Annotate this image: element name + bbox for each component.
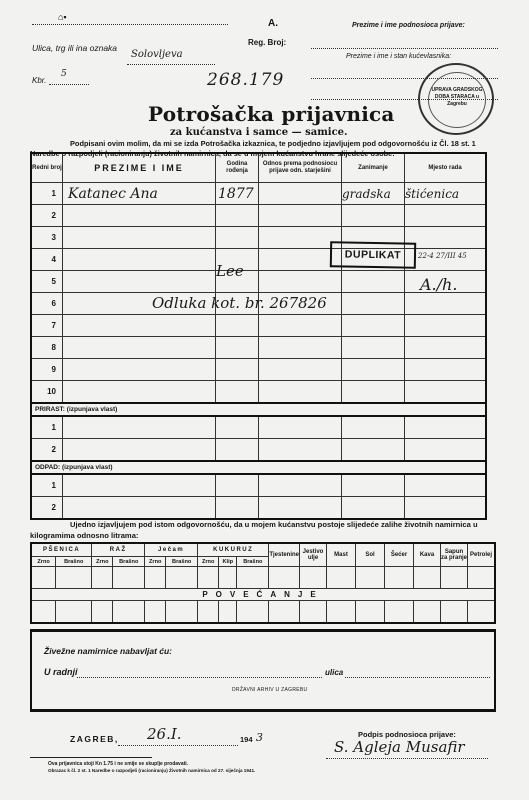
workplace-value: štićenica xyxy=(405,187,459,201)
workplace-cell[interactable] xyxy=(405,293,487,315)
supply-cell[interactable] xyxy=(198,567,219,589)
top-line xyxy=(32,23,228,25)
name-cell[interactable] xyxy=(63,227,216,249)
occupation-cell[interactable] xyxy=(342,474,405,497)
supply-cell[interactable] xyxy=(219,567,237,589)
supply-cell[interactable] xyxy=(56,567,92,589)
reg-broj-value[interactable]: 268.179 xyxy=(207,70,284,90)
city-label: ZAGREB, xyxy=(70,734,119,744)
workplace-cell[interactable] xyxy=(405,359,487,381)
supplies-intro: Ujedno izjavljujem pod istom odgovornošć… xyxy=(30,519,500,541)
year-cell[interactable] xyxy=(216,497,259,520)
name-value: Katanec Ana xyxy=(63,186,158,202)
supply-cell[interactable] xyxy=(237,567,269,589)
supplies-group-row: PŠENICA RAŽ Ječam KUKURUZ Tjestenine Jes… xyxy=(31,543,495,557)
supply-cell[interactable] xyxy=(31,601,56,624)
prirast-section: PRIRAST: (izpunjava vlast) xyxy=(31,403,486,416)
table-row: 3 xyxy=(31,227,486,249)
relation-cell[interactable] xyxy=(259,337,342,359)
relation-cell[interactable] xyxy=(259,439,342,462)
workplace-cell[interactable] xyxy=(405,381,487,404)
col-mjesto-rada: Mjesto rada xyxy=(405,153,487,183)
supplies-table: PŠENICA RAŽ Ječam KUKURUZ Tjestenine Jes… xyxy=(30,542,496,624)
name-cell[interactable] xyxy=(63,497,216,520)
col-jestivo-ulje: Jestivo ulje xyxy=(300,543,327,567)
table-row: 8 xyxy=(31,337,486,359)
supply-cell[interactable] xyxy=(300,601,327,624)
kbr-field[interactable]: 5 xyxy=(49,72,89,85)
supply-cell[interactable] xyxy=(166,601,198,624)
table-row: 9 xyxy=(31,359,486,381)
relation-cell[interactable] xyxy=(259,183,342,205)
workplace-cell[interactable] xyxy=(405,474,487,497)
workplace-cell[interactable] xyxy=(405,416,487,439)
occupation-cell[interactable] xyxy=(342,271,405,293)
supply-cell[interactable] xyxy=(441,601,468,624)
supply-cell[interactable] xyxy=(219,601,237,624)
group-psenica: PŠENICA xyxy=(31,543,92,557)
name-cell[interactable] xyxy=(63,439,216,462)
shop-field[interactable] xyxy=(77,676,322,678)
supply-cell[interactable] xyxy=(385,601,414,624)
prirast-row: 2 xyxy=(31,439,486,462)
date-field[interactable] xyxy=(118,744,238,746)
supply-cell[interactable] xyxy=(92,567,113,589)
street-label: ulica xyxy=(325,668,343,677)
row-number: 2 xyxy=(31,497,63,520)
relation-cell[interactable] xyxy=(259,497,342,520)
name-cell[interactable] xyxy=(63,416,216,439)
supply-cell[interactable] xyxy=(356,601,385,624)
sub-zrno: Zrno xyxy=(31,557,56,567)
row-number: 1 xyxy=(31,183,63,205)
sub-brasno: Brašno xyxy=(237,557,269,567)
occupation-cell[interactable] xyxy=(342,205,405,227)
relation-cell[interactable] xyxy=(259,205,342,227)
year-cell[interactable] xyxy=(216,474,259,497)
applicant-label: Prezime i ime podnosioca prijave: xyxy=(352,22,465,29)
supply-cell[interactable] xyxy=(385,567,414,589)
year-value: 1877 xyxy=(216,186,254,202)
col-tjestenine: Tjestenine xyxy=(269,543,300,567)
relation-cell[interactable] xyxy=(259,474,342,497)
duplikat-stamp: DUPLIKAT xyxy=(330,241,416,268)
year-suffix[interactable]: 3 xyxy=(256,731,263,744)
name-cell[interactable] xyxy=(63,474,216,497)
col-redni-broj: Redni broj xyxy=(31,153,63,183)
supply-cell[interactable] xyxy=(237,601,269,624)
occupation-cell[interactable] xyxy=(342,381,405,404)
supply-cell[interactable] xyxy=(31,567,56,589)
odpad-row: 1 xyxy=(31,474,486,497)
workplace-cell[interactable] xyxy=(405,205,487,227)
supply-cell[interactable] xyxy=(327,601,356,624)
group-kukuruz: KUKURUZ xyxy=(198,543,269,557)
form-letter: A. xyxy=(268,18,278,29)
row-number: 2 xyxy=(31,439,63,462)
group-jecam: Ječam xyxy=(145,543,198,557)
col-petrolej: Petrolej xyxy=(468,543,496,567)
occupation-cell[interactable] xyxy=(342,416,405,439)
occupation-cell[interactable]: gradska xyxy=(342,183,405,205)
row-number: 1 xyxy=(31,416,63,439)
relation-cell[interactable] xyxy=(259,359,342,381)
increase-row: POVEĆANJE xyxy=(31,589,495,601)
odpad-label: ODPAD: (izpunjava vlast) xyxy=(31,461,486,474)
shop-label: U radnji xyxy=(44,667,78,677)
odpad-section: ODPAD: (izpunjava vlast) xyxy=(31,461,486,474)
supply-cell[interactable] xyxy=(441,567,468,589)
name-cell[interactable] xyxy=(63,271,216,293)
workplace-cell[interactable] xyxy=(405,439,487,462)
stamp-text: UPRAVA GRADSKOG DOBA STARACA u Zagrebu xyxy=(430,87,484,108)
sub-brasno: Brašno xyxy=(166,557,198,567)
col-secer: Šećer xyxy=(385,543,414,567)
col-zanimanje: Zanimanje xyxy=(342,153,405,183)
col-sol: Sol xyxy=(356,543,385,567)
institution-stamp: UPRAVA GRADSKOG DOBA STARACA u Zagrebu xyxy=(418,63,494,135)
workplace-cell[interactable] xyxy=(405,227,487,249)
supply-cell[interactable] xyxy=(300,567,327,589)
occupation-cell[interactable] xyxy=(342,439,405,462)
landlord-label: Prezime i ime i stan kućevlasnika: xyxy=(346,53,451,60)
footer-rule xyxy=(30,757,152,758)
row-number: 5 xyxy=(31,271,63,293)
sub-klip: Klip xyxy=(219,557,237,567)
reg-broj-label: Reg. Broj: xyxy=(248,38,286,47)
workplace-cell[interactable] xyxy=(405,337,487,359)
name-cell[interactable] xyxy=(63,359,216,381)
date-value: 26.I. xyxy=(147,725,182,743)
row-number: 3 xyxy=(31,227,63,249)
name-cell[interactable]: Katanec Ana xyxy=(63,183,216,205)
name-cell[interactable] xyxy=(63,337,216,359)
supply-cell[interactable] xyxy=(92,601,113,624)
archive-stamp: DRŽAVNI ARHIV U ZAGREBU xyxy=(232,687,307,693)
row-number: 7 xyxy=(31,315,63,337)
row-number: 8 xyxy=(31,337,63,359)
increase-label: POVEĆANJE xyxy=(31,589,495,601)
occupation-cell[interactable] xyxy=(342,315,405,337)
year-cell[interactable]: 1877 xyxy=(216,183,259,205)
row5-note: Lee xyxy=(216,262,244,280)
form-subtitle: za kućanstva i samce — samice. xyxy=(170,127,348,138)
relation-cell[interactable] xyxy=(259,381,342,404)
year-cell[interactable] xyxy=(216,205,259,227)
name-cell[interactable] xyxy=(63,205,216,227)
table-row: 10 xyxy=(31,381,486,404)
col-prezime-ime: PREZIME I IME xyxy=(63,153,216,183)
group-raz: RAŽ xyxy=(92,543,145,557)
name-cell[interactable] xyxy=(63,249,216,271)
prirast-label: PRIRAST: (izpunjava vlast) xyxy=(31,403,486,416)
year-cell[interactable] xyxy=(216,227,259,249)
table-row: 2 xyxy=(31,205,486,227)
col-mast: Mast xyxy=(327,543,356,567)
row-number: 6 xyxy=(31,293,63,315)
purchase-heading: Živežne namirnice nabavljat ću: xyxy=(44,646,172,656)
signature-value: S. Agleja Musafir xyxy=(334,738,465,756)
row-number: 10 xyxy=(31,381,63,404)
supply-cell[interactable] xyxy=(468,567,496,589)
supply-cell[interactable] xyxy=(356,567,385,589)
supply-cell[interactable] xyxy=(145,567,166,589)
name-cell[interactable] xyxy=(63,381,216,404)
supply-cell[interactable] xyxy=(56,601,92,624)
supply-cell[interactable] xyxy=(113,601,145,624)
kbr-label: Kbr. xyxy=(32,76,46,85)
col-godina: Godina rođenja xyxy=(216,153,259,183)
supply-cell[interactable] xyxy=(269,567,300,589)
sub-brasno: Brašno xyxy=(56,557,92,567)
name-cell[interactable] xyxy=(63,315,216,337)
prirast-row: 1 xyxy=(31,416,486,439)
kbr-value: 5 xyxy=(61,69,67,79)
row6-note: Odluka kot. br. 267826 xyxy=(152,294,327,312)
form-title: Potrošačka prijavnica xyxy=(148,102,395,126)
relation-cell[interactable] xyxy=(259,271,342,293)
occupation-cell[interactable] xyxy=(342,359,405,381)
year-cell[interactable] xyxy=(216,439,259,462)
price-note: Ova prijavnica stoji Kn 1.75 i ne smije … xyxy=(48,761,188,767)
supply-cell[interactable] xyxy=(166,567,198,589)
document-page: ⌂▪ A. Prezime i ime podnosioca prijave: … xyxy=(0,0,529,800)
signature-field[interactable] xyxy=(326,757,488,759)
table-row: 7 xyxy=(31,315,486,337)
row-number: 2 xyxy=(31,205,63,227)
row-number: 9 xyxy=(31,359,63,381)
row-number: 4 xyxy=(31,249,63,271)
col-kava: Kava xyxy=(414,543,441,567)
occupation-cell[interactable] xyxy=(342,337,405,359)
persons-table: Redni broj PREZIME I IME Godina rođenja … xyxy=(30,152,487,520)
year-prefix: 194 xyxy=(240,735,253,744)
workplace-cell[interactable] xyxy=(405,315,487,337)
supply-cell[interactable] xyxy=(414,567,441,589)
relation-cell[interactable] xyxy=(259,416,342,439)
table-row: 1 Katanec Ana 1877 gradska štićenica xyxy=(31,183,486,205)
occupation-value: gradska xyxy=(342,187,391,201)
workplace-cell[interactable]: štićenica xyxy=(405,183,487,205)
supply-cell[interactable] xyxy=(327,567,356,589)
form-note: Obrazac k čl. 2 st. 1 Naredbe o razpodje… xyxy=(48,768,255,773)
col-odnos: Odnos prema podnosiocu prijave odn. star… xyxy=(259,153,342,183)
sub-zrno: Zrno xyxy=(198,557,219,567)
year-cell[interactable] xyxy=(216,315,259,337)
supply-cell[interactable] xyxy=(414,601,441,624)
ulica-label: Ulica, trg ili ina oznaka xyxy=(32,43,117,53)
street-field[interactable] xyxy=(345,676,490,678)
purchase-box: Živežne namirnice nabavljat ću: U radnji… xyxy=(30,629,496,712)
supply-cell[interactable] xyxy=(145,601,166,624)
increase-value-row xyxy=(31,601,495,624)
supplies-value-row xyxy=(31,567,495,589)
supply-cell[interactable] xyxy=(198,601,219,624)
applicant-field[interactable] xyxy=(311,47,498,49)
persons-header-row: Redni broj PREZIME I IME Godina rođenja … xyxy=(31,153,486,183)
relation-cell[interactable] xyxy=(259,315,342,337)
occupation-cell[interactable] xyxy=(342,293,405,315)
sub-zrno: Zrno xyxy=(145,557,166,567)
ulica-field[interactable]: Solovljeva xyxy=(127,53,215,65)
sub-zrno: Zrno xyxy=(92,557,113,567)
year-cell[interactable] xyxy=(216,416,259,439)
supply-cell[interactable] xyxy=(113,567,145,589)
year-cell[interactable] xyxy=(216,381,259,404)
ulica-value: Solovljeva xyxy=(131,49,183,60)
house-car-sketch-icon: ⌂▪ xyxy=(58,12,67,22)
year-cell[interactable] xyxy=(216,337,259,359)
supply-cell[interactable] xyxy=(468,601,496,624)
relation-cell[interactable] xyxy=(259,227,342,249)
workplace-cell[interactable] xyxy=(405,497,487,520)
table-row: 5 xyxy=(31,271,486,293)
year-cell[interactable] xyxy=(216,359,259,381)
initials: A./h. xyxy=(420,275,457,294)
sub-brasno: Brašno xyxy=(113,557,145,567)
row-number: 1 xyxy=(31,474,63,497)
supply-cell[interactable] xyxy=(269,601,300,624)
col-sapun: Sapun za pranje xyxy=(441,543,468,567)
duplikat-note: 22-4 27/III 45 xyxy=(418,252,467,260)
odpad-row: 2 xyxy=(31,497,486,520)
occupation-cell[interactable] xyxy=(342,497,405,520)
